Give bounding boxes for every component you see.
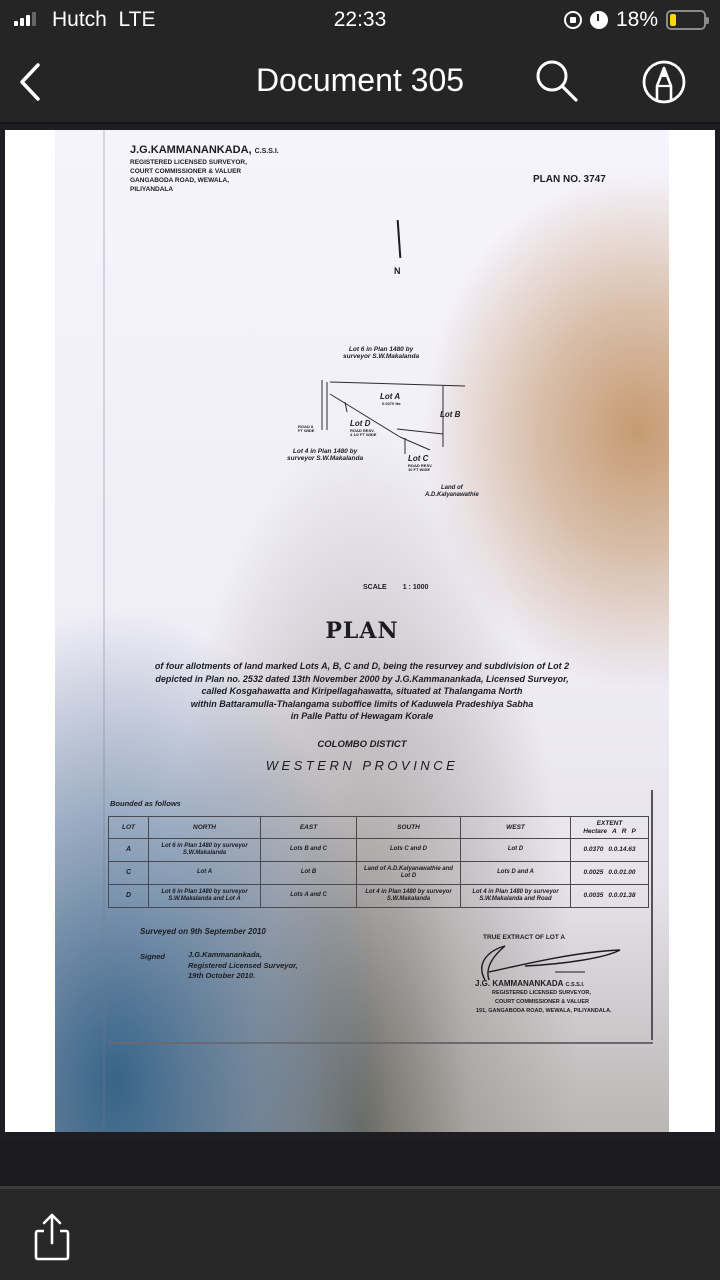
extent-arp: 0.0.14.63 bbox=[608, 846, 635, 853]
orientation-lock-icon bbox=[564, 11, 582, 29]
bounded-label: Bounded as follows bbox=[110, 799, 181, 808]
north-arrow: N bbox=[394, 220, 424, 290]
table-row: CLot ALot BLand of A.D.Kalyanawathie and… bbox=[109, 862, 649, 885]
frame-border bbox=[651, 790, 653, 1040]
seal-name: J.G. KAMMANANKADAC.S.S.I. bbox=[475, 979, 584, 988]
boundaries-table: LOT NORTH EAST SOUTH WEST EXTENT Hectare… bbox=[108, 816, 649, 908]
extent-arp: 0.0.01.38 bbox=[608, 892, 635, 899]
description-line: within Battaramulla-Thalangama suboffice… bbox=[65, 698, 659, 711]
extent-hectare: 0.0035 bbox=[584, 892, 604, 899]
description-line: in Palle Pattu of Hewagam Korale bbox=[65, 710, 659, 723]
search-icon bbox=[534, 58, 580, 104]
sketch-label-south-east: Land of A.D.Kalyanawathie bbox=[425, 485, 479, 498]
bottom-toolbar bbox=[0, 1189, 720, 1280]
extent-subheader: P bbox=[631, 828, 635, 835]
table-row: DLot 6 in Plan 1480 by surveyor S.W.Maka… bbox=[109, 885, 649, 908]
search-button[interactable] bbox=[534, 58, 580, 104]
column-header: WEST bbox=[461, 817, 571, 839]
district: COLOMBO DISTICT bbox=[55, 739, 669, 750]
extent-subheader: Hectare bbox=[583, 828, 607, 835]
lot-c-note: ROAD RESV. 10 FT WIDE bbox=[408, 464, 433, 473]
road-note: ROAD 8 FT WIDE bbox=[298, 425, 314, 434]
plan-title: PLAN bbox=[55, 618, 669, 644]
north-cell: Lot 6 in Plan 1480 by surveyor S.W.Makal… bbox=[149, 839, 261, 862]
status-bar: Hutch LTE 22:33 18% bbox=[0, 0, 720, 40]
battery-level bbox=[670, 14, 676, 26]
battery-icon bbox=[666, 10, 706, 30]
markup-button[interactable] bbox=[640, 58, 688, 106]
lot-a-label: Lot A bbox=[380, 392, 400, 401]
sketch-text: Lot 6 in Plan 1480 by bbox=[343, 346, 419, 353]
extent-cell: 0.00350.0.01.38 bbox=[571, 885, 649, 908]
extent-hectare: 0.0370 bbox=[584, 846, 604, 853]
south-cell: Lots C and D bbox=[357, 839, 461, 862]
east-cell: Lot B bbox=[261, 862, 357, 885]
sketch-label-south-west: Lot 4 in Plan 1480 by surveyor S.W.Makal… bbox=[287, 448, 363, 462]
frame-border bbox=[108, 1042, 653, 1044]
north-cell: Lot A bbox=[149, 862, 261, 885]
scale-label: SCALE bbox=[363, 584, 387, 591]
lot-cell: A bbox=[109, 839, 149, 862]
header-line: PILIYANDALA bbox=[130, 186, 173, 193]
table-row: ALot 6 in Plan 1480 by surveyor S.W.Maka… bbox=[109, 839, 649, 862]
lot-c-label: Lot C bbox=[408, 454, 428, 463]
document-viewer[interactable]: J.G.KAMMANANKADA,C.S.S.I. REGISTERED LIC… bbox=[0, 126, 720, 1140]
true-extract-label: TRUE EXTRACT OF LOT A bbox=[483, 934, 565, 941]
sketch-text: surveyor S.W.Makalanda bbox=[287, 455, 363, 462]
column-header: LOT bbox=[109, 817, 149, 839]
surveyor-name: J.G.KAMMANANKADA,C.S.S.I. bbox=[130, 144, 279, 156]
surveyor-name-text: J.G.KAMMANANKADA, bbox=[130, 144, 252, 156]
table-header-row: LOT NORTH EAST SOUTH WEST EXTENT Hectare… bbox=[109, 817, 649, 839]
scale-value: 1 : 1000 bbox=[403, 584, 429, 591]
west-cell: Lot D bbox=[461, 839, 571, 862]
east-cell: Lots B and C bbox=[261, 839, 357, 862]
sketch-text: A.D.Kalyanawathie bbox=[425, 492, 479, 499]
share-icon bbox=[32, 1213, 74, 1261]
extent-cell: 0.03700.0.14.63 bbox=[571, 839, 649, 862]
west-cell: Lot 4 in Plan 1480 by surveyor S.W.Makal… bbox=[461, 885, 571, 908]
east-cell: Lots A and C bbox=[261, 885, 357, 908]
sketch-text: surveyor S.W.Makalanda bbox=[343, 353, 419, 360]
sketch-text: 10 FT WIDE bbox=[408, 468, 433, 472]
plan-number: PLAN NO. 3747 bbox=[533, 174, 606, 185]
surveyor-suffix: C.S.S.I. bbox=[255, 148, 279, 155]
share-button[interactable] bbox=[32, 1213, 74, 1261]
header-line: REGISTERED LICENSED SURVEYOR, bbox=[130, 159, 247, 166]
sketch-label-north: Lot 6 in Plan 1480 by surveyor S.W.Makal… bbox=[343, 346, 419, 360]
column-header: EAST bbox=[261, 817, 357, 839]
header-line: GANGABODA ROAD, WEWALA, bbox=[130, 177, 229, 184]
description-line: of four allotments of land marked Lots A… bbox=[65, 660, 659, 673]
signed-block: J.G.Kammanankada, Registered Licensed Su… bbox=[188, 950, 298, 982]
signed-line: Registered Licensed Surveyor, bbox=[188, 961, 298, 972]
lot-b-label: Lot B bbox=[440, 410, 460, 419]
extent-cell: 0.00250.0.01.00 bbox=[571, 862, 649, 885]
seal-line: REGISTERED LICENSED SURVEYOR, bbox=[492, 990, 591, 996]
survey-plan-photo: J.G.KAMMANANKADA,C.S.S.I. REGISTERED LIC… bbox=[55, 130, 669, 1132]
plan-sketch: Lot 6 in Plan 1480 by surveyor S.W.Makal… bbox=[275, 330, 515, 500]
survey-plan: J.G.KAMMANANKADA,C.S.S.I. REGISTERED LIC… bbox=[55, 130, 669, 1132]
lot-d-note: ROAD RESV. 4 1/2 FT WIDE bbox=[350, 429, 376, 438]
signature-icon bbox=[455, 942, 625, 982]
document-page: J.G.KAMMANANKADA,C.S.S.I. REGISTERED LIC… bbox=[5, 130, 715, 1132]
south-cell: Land of A.D.Kalyanawathie and Lot D bbox=[357, 862, 461, 885]
lot-a-area: 0.0370 Ha bbox=[382, 402, 400, 406]
signed-line: J.G.Kammanankada, bbox=[188, 950, 298, 961]
lot-cell: D bbox=[109, 885, 149, 908]
description-line: called Kosgahawatta and Kiripellagahawat… bbox=[65, 685, 659, 698]
extent-arp: 0.0.01.00 bbox=[608, 869, 635, 876]
lot-d-label: Lot D bbox=[350, 419, 370, 428]
seal-line: 191, GANGABODA ROAD, WEWALA, PILIYANDALA… bbox=[476, 1008, 612, 1014]
seal-suffix: C.S.S.I. bbox=[565, 982, 584, 988]
markup-pen-icon bbox=[640, 58, 688, 106]
signed-line: 19th October 2010. bbox=[188, 971, 298, 982]
extent-subheader: A bbox=[612, 828, 617, 835]
plan-description: of four allotments of land marked Lots A… bbox=[65, 660, 659, 723]
description-line: depicted in Plan no. 2532 dated 13th Nov… bbox=[65, 673, 659, 686]
north-label: N bbox=[394, 266, 401, 276]
sketch-text: FT WIDE bbox=[298, 429, 314, 433]
alarm-icon bbox=[590, 11, 608, 29]
sketch-text: Lot 4 in Plan 1480 by bbox=[287, 448, 363, 455]
sketch-text: Land of bbox=[425, 485, 479, 492]
navigation-bar: Document 305 bbox=[0, 40, 720, 124]
header-line: COURT COMMISSIONER & VALUER bbox=[130, 168, 241, 175]
extent-subheader: R bbox=[622, 828, 627, 835]
sketch-text: 4 1/2 FT WIDE bbox=[350, 433, 376, 437]
extent-hectare: 0.0025 bbox=[584, 869, 604, 876]
column-header-extent: EXTENT HectareARP bbox=[571, 817, 649, 839]
north-cell: Lot 6 in Plan 1480 by surveyor S.W.Makal… bbox=[149, 885, 261, 908]
surveyed-date: Surveyed on 9th September 2010 bbox=[140, 927, 266, 936]
lot-cell: C bbox=[109, 862, 149, 885]
status-right: 18% bbox=[564, 8, 706, 32]
column-header: NORTH bbox=[149, 817, 261, 839]
seal-line: COURT COMMISSIONER & VALUER bbox=[495, 999, 589, 1005]
battery-percent: 18% bbox=[616, 8, 658, 32]
west-cell: Lots D and A bbox=[461, 862, 571, 885]
seal-name-text: J.G. KAMMANANKADA bbox=[475, 979, 563, 988]
scale: SCALE1 : 1000 bbox=[363, 584, 428, 591]
extent-header: EXTENT bbox=[574, 820, 645, 828]
document-title: Document 305 bbox=[0, 62, 720, 99]
south-cell: Lot 4 in Plan 1480 by surveyor S.W.Makal… bbox=[357, 885, 461, 908]
column-header: SOUTH bbox=[357, 817, 461, 839]
province: WESTERN PROVINCE bbox=[55, 758, 669, 773]
north-arrow-icon bbox=[397, 220, 402, 258]
signed-label: Signed bbox=[140, 952, 165, 961]
